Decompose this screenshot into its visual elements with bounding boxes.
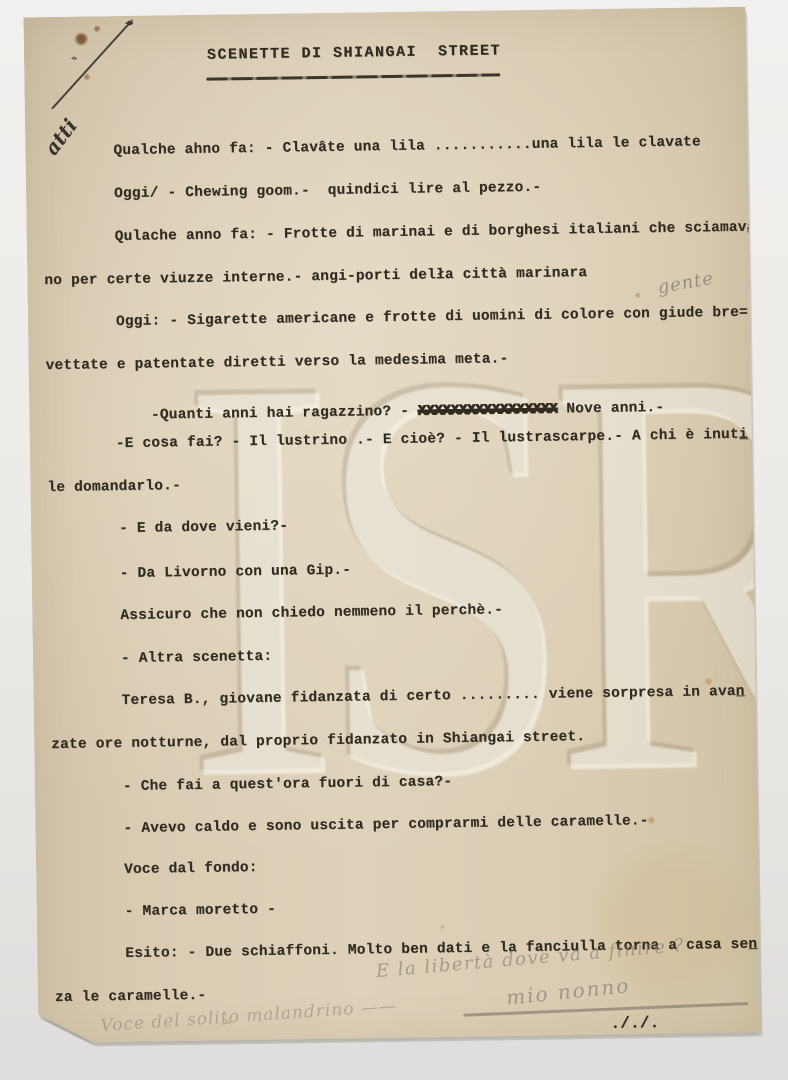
typed-line: - Marca moretto - bbox=[125, 902, 277, 920]
typed-line: - E da dove vieni?- bbox=[119, 519, 288, 538]
pencil-arrow-mark: > bbox=[219, 1014, 234, 1032]
struck-out-text: XXXXXXXXXXXXXXXXX bbox=[418, 402, 558, 420]
foxing-spot bbox=[440, 924, 445, 929]
typed-end-mark: ././. bbox=[610, 1014, 659, 1033]
typed-line: - Da Livorno con una Gip.- bbox=[120, 563, 352, 582]
typed-line: Voce dal fondo: bbox=[124, 860, 258, 878]
title-underline bbox=[206, 73, 500, 80]
page-title: SCENETTE DI SHIANGAI STREET bbox=[204, 42, 504, 63]
typed-line: Oggi/ - Chewing goom.- quindici lire al … bbox=[114, 180, 541, 202]
quote-mark: ” bbox=[120, 17, 135, 37]
typed-text: Nove anni.- bbox=[557, 400, 664, 418]
quote-mark: ” bbox=[68, 54, 78, 68]
typed-line: - Altra scenetta: bbox=[121, 649, 273, 667]
typed-line: le domandarlo.- bbox=[47, 478, 181, 496]
ink-stain bbox=[83, 73, 90, 80]
typed-text: -Quanti anni hai ragazzino? - bbox=[151, 404, 418, 424]
corner-ink-note: atti bbox=[39, 114, 82, 160]
typed-line: Qualche ahno fa: - Clavâte una lila ....… bbox=[113, 134, 701, 159]
foxing-spot bbox=[635, 292, 641, 298]
ink-stain bbox=[74, 32, 89, 45]
typewritten-page: ISR atti ” ” SCENETTE DI SHIANGAI STREET… bbox=[23, 7, 760, 1044]
scanned-page-background: { "doc": { "title": "SCENETTE DI SHIANGA… bbox=[0, 0, 788, 1080]
pencil-note-nonno: mio nonno bbox=[505, 973, 631, 1010]
ink-stain bbox=[94, 25, 101, 32]
typed-line: za le caramelle.- bbox=[55, 988, 207, 1006]
typed-line: Qulache anno fa: - Frotte di marinai e d… bbox=[115, 220, 756, 246]
